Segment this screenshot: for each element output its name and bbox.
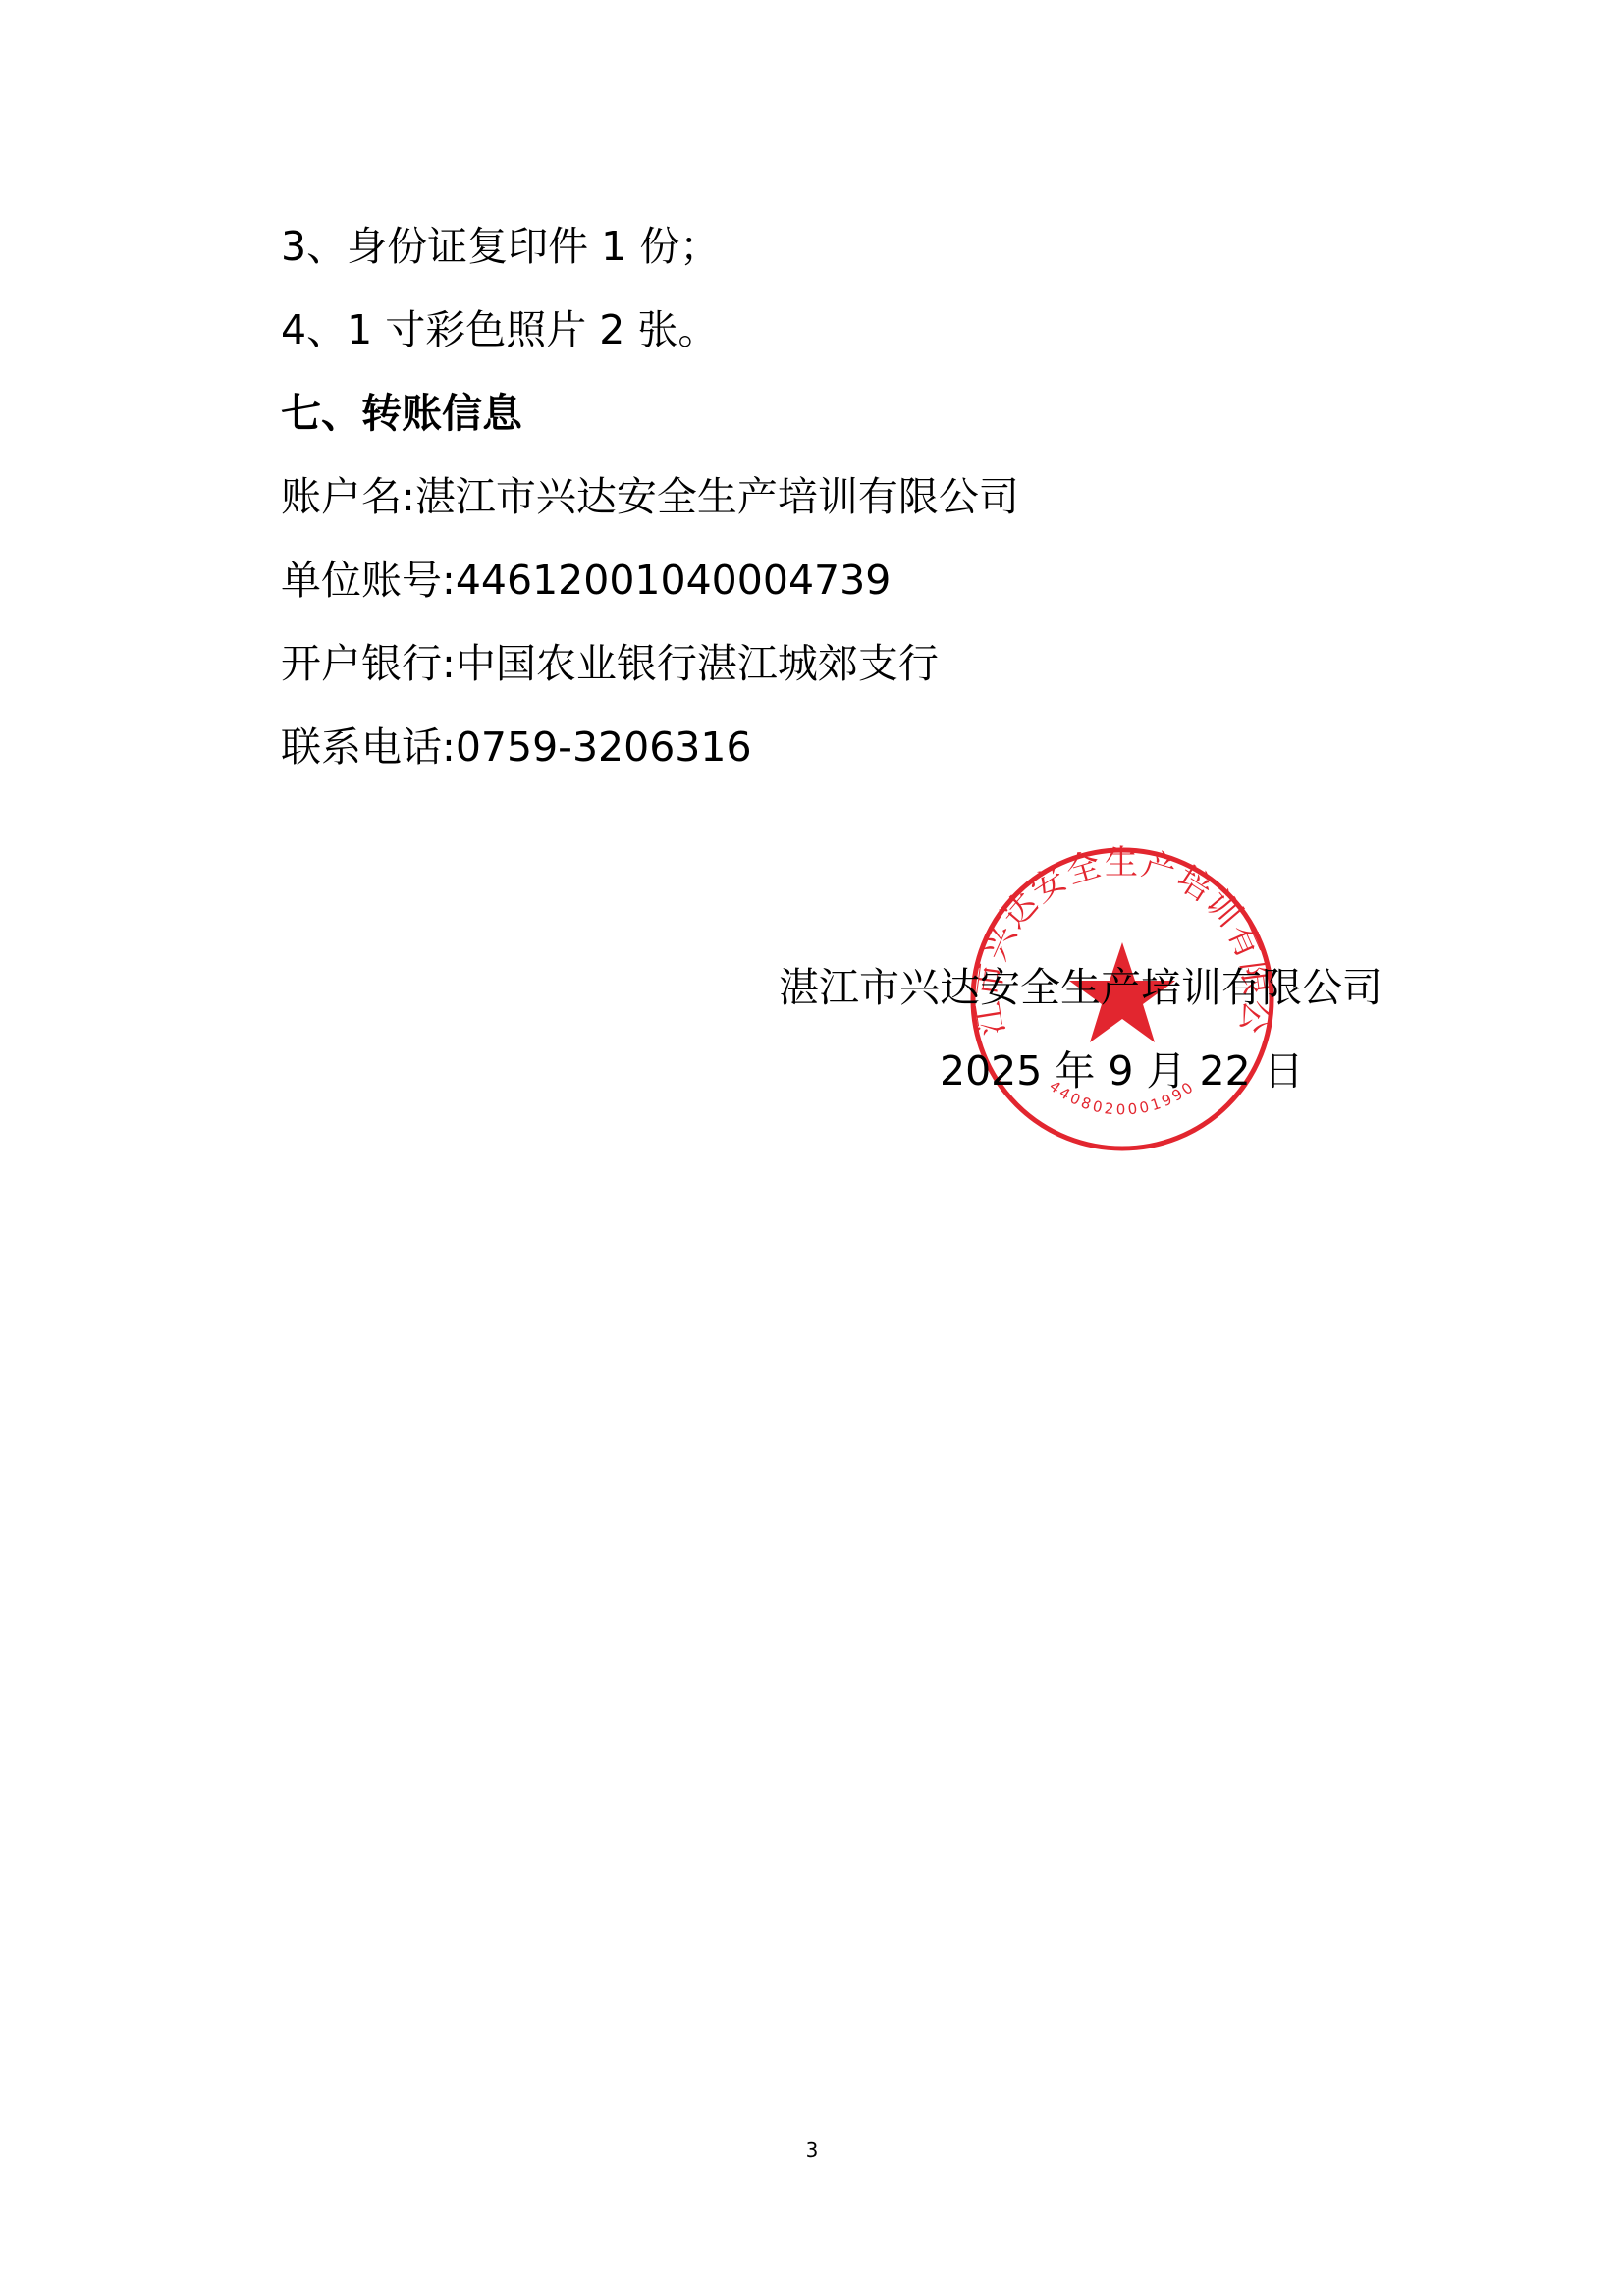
list-item-number: 3、 — [281, 223, 347, 270]
document-page: 3、身份证复印件 1 份； 4、1 寸彩色照片 2 张。 七、转账信息 账户名:… — [0, 0, 1624, 2296]
section-heading-transfer-info: 七、转账信息 — [281, 384, 522, 443]
bank-row: 开户银行:中国农业银行湛江城郊支行 — [281, 634, 939, 693]
phone-value: 0759-3206316 — [456, 723, 752, 771]
account-number-value: 44612001040004739 — [456, 557, 891, 604]
list-item-id-copy: 3、身份证复印件 1 份； — [281, 217, 720, 276]
account-number-label: 单位账号: — [281, 557, 456, 604]
list-item-number: 4、 — [281, 306, 347, 353]
list-item-text: 身份证复印件 1 份； — [347, 223, 720, 270]
account-number-row: 单位账号:44612001040004739 — [281, 551, 891, 610]
phone-label: 联系电话: — [281, 723, 456, 771]
account-name-row: 账户名:湛江市兴达安全生产培训有限公司 — [281, 467, 1019, 526]
bank-label: 开户银行: — [281, 640, 456, 687]
account-name-label: 账户名: — [281, 473, 415, 520]
phone-row: 联系电话:0759-3206316 — [281, 718, 752, 776]
bank-value: 中国农业银行湛江城郊支行 — [456, 640, 939, 687]
signature-date: 2025 年 9 月 22 日 — [940, 1041, 1304, 1100]
signature-company: 湛江市兴达安全生产培训有限公司 — [779, 958, 1382, 1017]
account-name-value: 湛江市兴达安全生产培训有限公司 — [415, 473, 1019, 520]
list-item-text: 1 寸彩色照片 2 张。 — [347, 306, 718, 353]
list-item-photos: 4、1 寸彩色照片 2 张。 — [281, 300, 718, 359]
page-number: 3 — [0, 2138, 1624, 2162]
